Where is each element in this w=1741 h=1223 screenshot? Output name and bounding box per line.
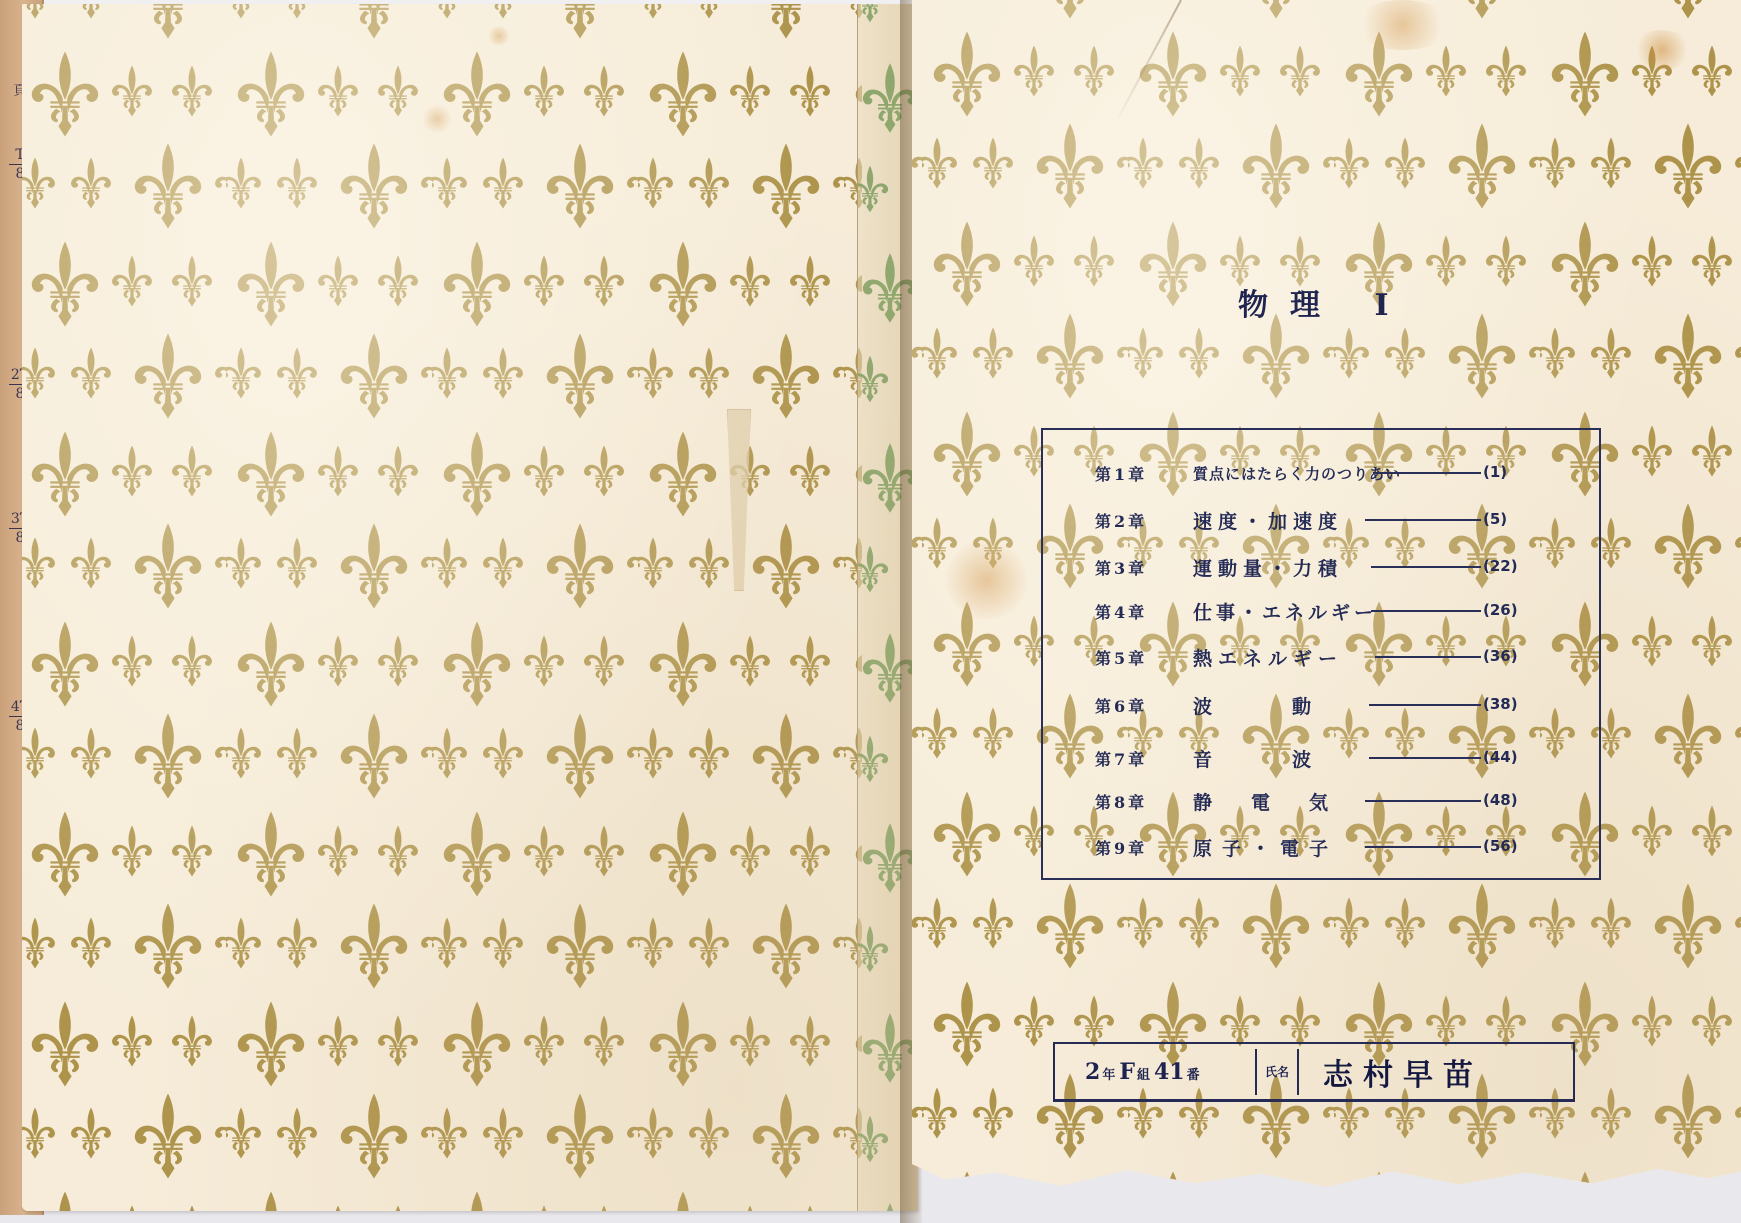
toc-row: 第1章 質点にはたらく力のつりあい (1) <box>1043 460 1599 490</box>
chapter-title: 質点にはたらく力のつりあい <box>1193 463 1401 484</box>
toc-row: 第2章 速度・加速度 (5) <box>1043 507 1599 537</box>
chapter-title: 原子・電子 <box>1193 834 1338 861</box>
chapter-title: 波 動 <box>1193 692 1325 719</box>
chapter-number: 第4章 <box>1095 600 1147 623</box>
student-name: 志村早苗 <box>1299 1050 1483 1094</box>
fleur-de-lis-pattern <box>22 4 918 1211</box>
chapter-number: 第6章 <box>1095 694 1147 717</box>
class-info: 2 年 F 組 41 番 <box>1055 1059 1255 1085</box>
toc-row: 第4章 仕事・エネルギー (26) <box>1043 598 1599 628</box>
toc-row: 第5章 熱エネルギー (36) <box>1043 644 1599 674</box>
stain <box>1632 30 1692 70</box>
chapter-page: (48) <box>1483 791 1518 809</box>
class-unit: 組 <box>1137 1064 1150 1083</box>
leader-line <box>1365 519 1481 521</box>
chapter-title: 運動量・力積 <box>1193 554 1343 581</box>
notebook-title: 物理 I <box>1238 280 1410 324</box>
chapter-title: 静 電 気 <box>1193 788 1338 815</box>
chapter-title: 速度・加速度 <box>1193 507 1343 534</box>
chapter-number: 第3章 <box>1095 556 1147 579</box>
left-page <box>22 4 918 1211</box>
grade-unit: 年 <box>1102 1064 1115 1083</box>
leader-line <box>1365 846 1481 848</box>
chapter-page: (44) <box>1483 748 1518 766</box>
toc-row: 第6章 波 動 (38) <box>1043 692 1599 722</box>
leader-line <box>1369 757 1481 759</box>
chapter-number: 第8章 <box>1095 790 1147 813</box>
stain <box>487 26 511 46</box>
toc-row: 第9章 原子・電子 (56) <box>1043 834 1599 864</box>
water-stain <box>942 540 1032 620</box>
toc-row: 第7章 音 波 (44) <box>1043 745 1599 775</box>
leader-line <box>1373 472 1481 474</box>
chapter-number: 第7章 <box>1095 747 1147 770</box>
table-of-contents: 第1章 質点にはたらく力のつりあい (1) 第2章 速度・加速度 (5) 第3章… <box>1041 428 1601 880</box>
chapter-number: 第2章 <box>1095 509 1147 532</box>
chapter-page: (56) <box>1483 837 1518 855</box>
leader-line <box>1371 610 1481 612</box>
chapter-page: (1) <box>1483 463 1507 481</box>
stain <box>1352 0 1452 50</box>
chapter-number: 第5章 <box>1095 646 1147 669</box>
name-label: 氏名 <box>1257 1063 1297 1080</box>
chapter-page: (5) <box>1483 510 1507 528</box>
chapter-page: (38) <box>1483 695 1518 713</box>
chapter-title: 熱エネルギー <box>1193 644 1343 671</box>
leader-line <box>1375 656 1481 658</box>
chapter-page: (22) <box>1483 557 1518 575</box>
class-value: F <box>1119 1059 1135 1085</box>
chapter-title: 音 波 <box>1193 745 1325 772</box>
notebook-scan: 頁 T8 2T8 3T8 4T8 <box>0 0 1741 1223</box>
student-name-box: 2 年 F 組 41 番 氏名 志村早苗 <box>1053 1042 1575 1102</box>
leader-line <box>1369 704 1481 706</box>
number-unit: 番 <box>1187 1064 1200 1083</box>
stain <box>422 104 452 134</box>
grade-value: 2 <box>1085 1059 1100 1085</box>
leader-line <box>1365 800 1481 802</box>
chapter-number: 第1章 <box>1095 462 1147 485</box>
leader-line <box>1371 566 1481 568</box>
chapter-page: (26) <box>1483 601 1518 619</box>
chapter-page: (36) <box>1483 647 1518 665</box>
chapter-title: 仕事・エネルギー <box>1193 598 1377 625</box>
toc-row: 第8章 静 電 気 (48) <box>1043 788 1599 818</box>
toc-row: 第3章 運動量・力積 (22) <box>1043 554 1599 584</box>
chapter-number: 第9章 <box>1095 836 1147 859</box>
student-number: 41 <box>1154 1059 1185 1085</box>
